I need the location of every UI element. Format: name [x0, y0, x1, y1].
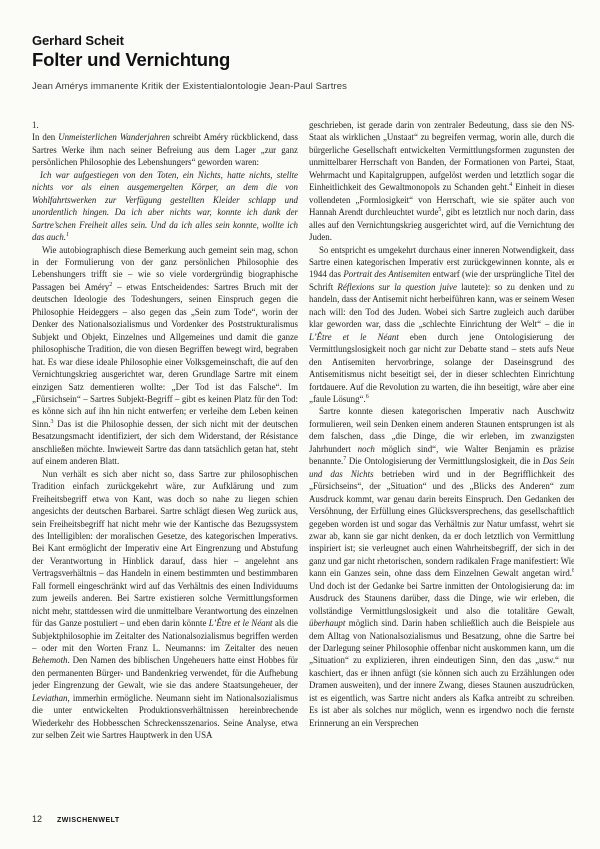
left-column: 1. In den Unmeisterlichen Wanderjahren s…	[32, 119, 298, 803]
text-run: – etwas Entscheidendes: Sartres Bruch mi…	[32, 282, 298, 429]
page-title: Folter und Vernichtung	[32, 49, 574, 70]
paragraph: geschrieben, ist gerade darin von zentra…	[309, 119, 574, 244]
text-run: Leviathan	[32, 693, 68, 703]
text-run: L’Être et le Néant	[209, 618, 273, 628]
text-run: noch	[358, 444, 375, 454]
author-name: Gerhard Scheit	[32, 33, 574, 48]
section-number: 1.	[32, 119, 298, 131]
footnote-marker: 8	[572, 568, 574, 574]
text-run: möglich sind. Darin haben schließlich au…	[309, 618, 574, 728]
page-number: 12	[32, 814, 42, 824]
text-run: Portrait des Antisemiten	[343, 269, 430, 279]
paragraph: Wie autobiographisch diese Bemerkung auc…	[32, 244, 298, 468]
text-run: Ich war aufgestiegen von den Toten, ein …	[32, 170, 298, 242]
text-run: Und doch ist der Gedanke bei Sartre inmi…	[309, 581, 574, 616]
text-run: eben durch jene Ontologisierung der Verm…	[309, 332, 574, 404]
text-run: Das ist die Philosophie dessen, der sich…	[32, 419, 298, 466]
article-page: Gerhard Scheit Folter und Vernichtung Je…	[0, 0, 600, 849]
footnote-marker: 6	[366, 394, 369, 400]
article-body: 1. In den Unmeisterlichen Wanderjahren s…	[32, 119, 574, 803]
text-run: Nun verhält es sich aber nicht so, dass …	[32, 469, 298, 628]
text-run: betrieben wird und in der Begrifflichkei…	[309, 469, 574, 579]
text-run: Die Ontologisierung der Vermittlungslosi…	[346, 456, 543, 466]
right-column: geschrieben, ist gerade darin von zentra…	[309, 119, 574, 803]
paragraph: Nun verhält es sich aber nicht so, dass …	[32, 468, 298, 742]
text-run: . Den Namen des biblischen Ungeheuers ha…	[32, 655, 298, 690]
footnote-marker: 1	[66, 232, 69, 238]
text-run: überhaupt	[309, 618, 345, 628]
text-run: Behemoth	[32, 655, 68, 665]
article-header: Gerhard Scheit Folter und Vernichtung Je…	[32, 33, 574, 93]
block-quote: Ich war aufgestiegen von den Toten, ein …	[32, 169, 298, 244]
paragraph: So entspricht es umgekehrt durchaus eine…	[309, 244, 574, 406]
text-run: L’Être et le Néant	[309, 332, 399, 342]
text-run: , immerhin ermögliche. Neumann sieht im …	[32, 693, 298, 740]
paragraph: Sartre konnte diesen kategorischen Imper…	[309, 405, 574, 729]
text-run: Unmeisterlichen Wanderjahren	[58, 132, 170, 142]
text-run: Réflexions sur la question juive	[337, 282, 457, 292]
article-subtitle: Jean Amérys immanente Kritik der Existen…	[32, 81, 574, 93]
journal-name: ZWISCHENWELT	[57, 817, 120, 824]
text-run: In den	[32, 132, 58, 142]
page-footer: 12 ZWISCHENWELT	[32, 814, 120, 824]
paragraph: In den Unmeisterlichen Wanderjahren schr…	[32, 131, 298, 168]
